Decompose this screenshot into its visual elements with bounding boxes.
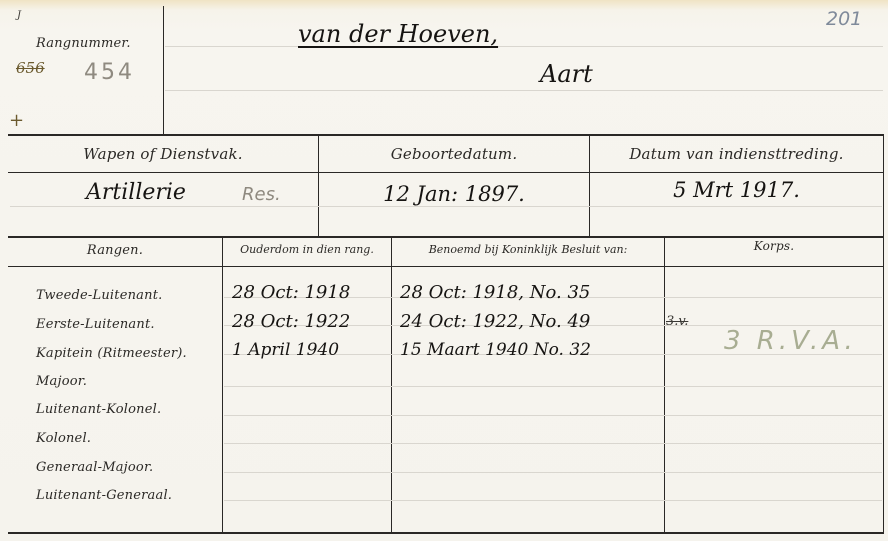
personnel-record-card: J 201 Rangnummer. 656 454 + van der Hoev… (0, 0, 888, 541)
geboortedatum-value: 12 Jan: 1897. (319, 182, 589, 206)
benoemd-value: 24 Oct: 1922, No. 49 (400, 311, 590, 332)
header-ouderdom: Ouderdom in dien rang. (223, 243, 391, 256)
benoemd-value: 15 Maart 1940 No. 32 (400, 340, 591, 360)
korps-struck-value: 3.v. (666, 314, 688, 329)
rank-col-divider-3 (664, 237, 665, 532)
rank-row-label: Majoor. (36, 374, 87, 389)
wapen-annotation: Res. (242, 184, 281, 205)
header-korps: Korps. (665, 239, 883, 253)
rank-row-label: Tweede-Luitenant. (36, 288, 162, 303)
header-rangen: Rangen. (8, 243, 222, 258)
ouderdom-value: 28 Oct: 1918 (232, 282, 350, 303)
indiensttreding-value: 5 Mrt 1917. (590, 178, 883, 202)
wapen-value: Artillerie (86, 180, 186, 205)
rangnummer-label: Rangnummer. (36, 36, 131, 51)
rank-row-label: Kolonel. (36, 431, 91, 446)
rank-col-divider-1 (222, 237, 223, 532)
rangnummer-divider (163, 6, 164, 134)
given-name: Aart (540, 60, 593, 88)
rangnummer-value: 454 (84, 60, 135, 85)
korps-value: 3 R.V.A. (724, 326, 857, 356)
benoemd-value: 28 Oct: 1918, No. 35 (400, 282, 590, 303)
ouderdom-value: 1 April 1940 (232, 340, 339, 360)
header-indiensttreding: Datum van indiensttreding. (590, 145, 883, 163)
rank-row-label: Generaal-Majoor. (36, 460, 153, 475)
ouderdom-value: 28 Oct: 1922 (232, 311, 350, 332)
header-geboortedatum: Geboortedatum. (319, 145, 589, 163)
right-border-upper (883, 135, 884, 237)
rank-row-label: Luitenant-Kolonel. (36, 402, 161, 417)
rank-row-label: Luitenant-Generaal. (36, 488, 172, 503)
header-bottom-border (8, 134, 884, 136)
card-bottom-border (8, 532, 884, 534)
rangnummer-old-value: 656 (16, 59, 45, 77)
rank-row-label: Eerste-Luitenant. (36, 317, 155, 332)
surname: van der Hoeven, (298, 20, 498, 48)
right-border-lower (883, 237, 884, 532)
page-number: 201 (826, 8, 862, 30)
rank-row-label: Kapitein (Ritmeester). (36, 346, 187, 361)
rank-col-divider-2 (391, 237, 392, 532)
corner-mark: J (17, 10, 21, 21)
rank-header-underline (8, 266, 884, 267)
info-header-underline (8, 172, 884, 173)
info-bottom-border (8, 236, 884, 238)
header-wapen: Wapen of Dienstvak. (8, 145, 318, 163)
rangnummer-mark: + (9, 110, 24, 131)
header-benoemd: Benoemd bij Koninklijk Besluit van: (392, 243, 664, 256)
